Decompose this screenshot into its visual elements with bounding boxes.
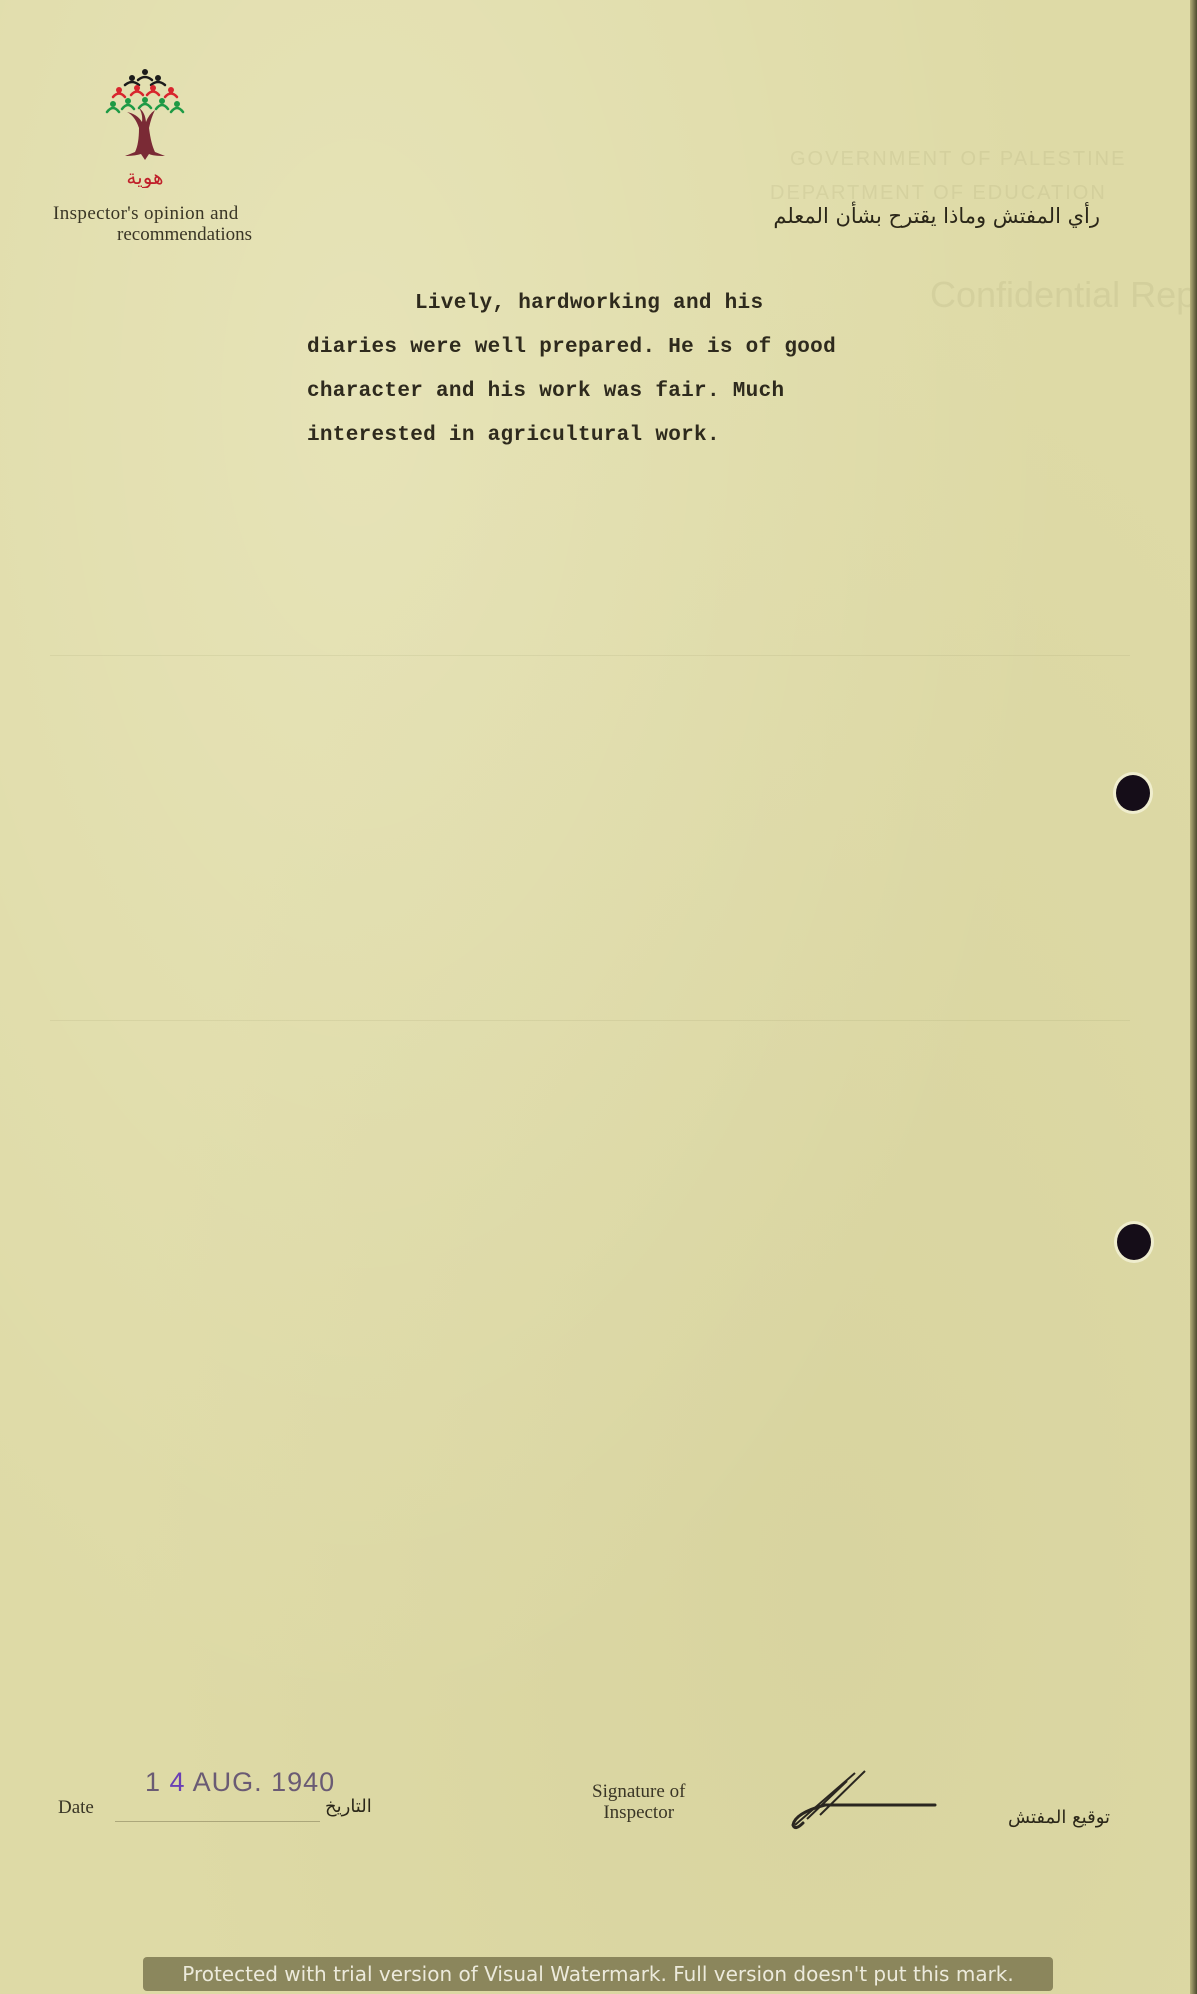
show-through-text: Confidential Report — Teaching Staff <box>930 274 1197 316</box>
document-page: GOVERNMENT OF PALESTINE DEPARTMENT OF ED… <box>0 0 1190 1994</box>
handwritten-signature-icon <box>785 1765 945 1835</box>
opinion-line: diaries were well prepared. He is of goo… <box>307 326 967 370</box>
inspector-opinion-text: Lively, hardworking and his diaries were… <box>307 282 967 458</box>
show-through-rule <box>50 655 1130 656</box>
show-through-text: GOVERNMENT OF PALESTINE <box>790 148 1126 171</box>
date-stamp: 1 4 AUG. 1940 <box>145 1767 335 1798</box>
date-underline <box>115 1821 320 1822</box>
watermark-banner: Protected with trial version of Visual W… <box>143 1957 1053 1991</box>
opinion-line: interested in agricultural work. <box>307 414 967 458</box>
punch-hole-icon <box>1117 1224 1151 1260</box>
signature-label-arabic: توقيع المفتش <box>1008 1807 1110 1828</box>
show-through-text: DEPARTMENT OF EDUCATION <box>770 182 1107 205</box>
date-label: Date <box>58 1797 94 1819</box>
section-label-english: Inspector's opinion and recommendations <box>53 203 252 245</box>
svg-text:هوية: هوية <box>126 165 163 188</box>
date-label-arabic: التاريخ <box>325 1796 372 1817</box>
punch-hole-icon <box>1116 775 1150 811</box>
page-edge <box>1190 0 1197 1994</box>
section-label-arabic: رأي المفتش وماذا يقترح بشأن المعلم <box>773 204 1100 228</box>
signature-label: Signature of Inspector <box>592 1781 685 1823</box>
tree-of-people-logo-icon: هوية <box>105 68 185 188</box>
opinion-line: character and his work was fair. Much <box>307 370 967 414</box>
opinion-line: Lively, hardworking and his <box>307 282 967 326</box>
show-through-rule <box>50 1020 1130 1021</box>
